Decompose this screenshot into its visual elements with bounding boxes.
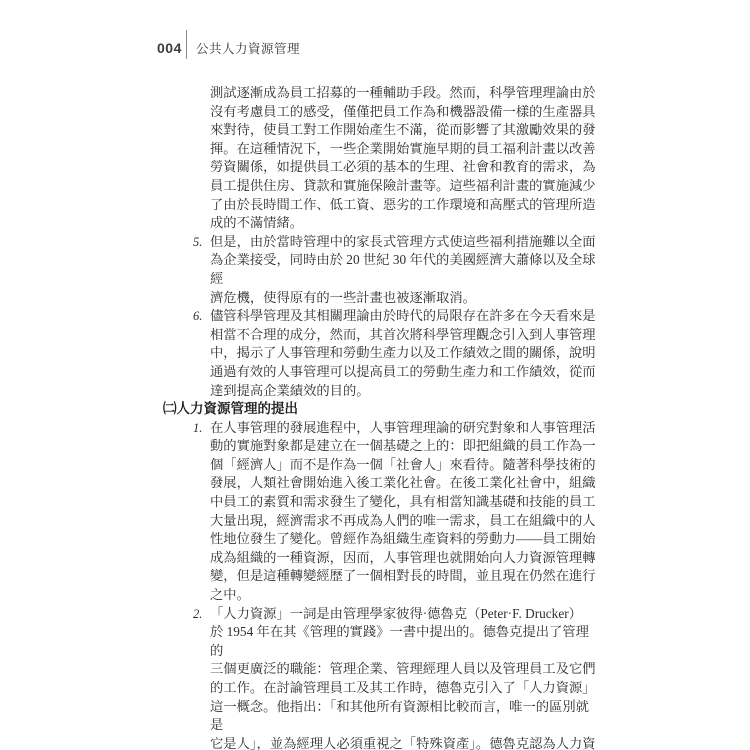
book-title: 公共人力資源管理 [196,39,300,57]
text-body: 測試逐漸成為員工招募的一種輔助手段。然而，科學管理理論由於 沒有考慮員工的感受，… [163,84,600,750]
list-item-2: 2. 「人力資源」一詞是由管理學家彼得·德魯克（Peter·F. Drucker… [210,605,600,750]
item-text: 「人力資源」一詞是由管理學家彼得·德魯克（Peter·F. Drucker） 於… [210,605,600,750]
item-text: 但是，由於當時管理中的家長式管理方式使這些福利措施難以全面 為企業接受，同時由於… [210,233,600,307]
list-item-1: 1. 在人事管理的發展進程中，人事管理理論的研究對象和人事管理活 動的實施對象都… [210,419,600,605]
item-number: 6. [193,307,202,326]
list-item-6: 6. 儘管科學管理及其相關理論由於時代的局限存在許多在今天看來是 相當不合理的成… [210,307,600,400]
book-page: 004 公共人力資源管理 測試逐漸成為員工招募的一種輔助手段。然而，科學管理理論… [0,0,750,750]
section-heading: ㈡人力資源管理的提出 [163,400,600,419]
item-text: 測試逐漸成為員工招募的一種輔助手段。然而，科學管理理論由於 沒有考慮員工的感受，… [210,84,600,233]
item-number: 5. [193,233,202,252]
paragraph-continuation: 測試逐漸成為員工招募的一種輔助手段。然而，科學管理理論由於 沒有考慮員工的感受，… [210,84,600,233]
item-number: 1. [193,419,202,438]
page-number: 004 [157,40,182,56]
list-item-5: 5. 但是，由於當時管理中的家長式管理方式使這些福利措施難以全面 為企業接受，同… [210,233,600,307]
header-divider [186,30,187,59]
item-number: 2. [193,605,202,624]
item-text: 儘管科學管理及其相關理論由於時代的局限存在許多在今天看來是 相當不合理的成分，然… [210,307,600,400]
item-text: 在人事管理的發展進程中，人事管理理論的研究對象和人事管理活 動的實施對象都是建立… [210,419,600,605]
